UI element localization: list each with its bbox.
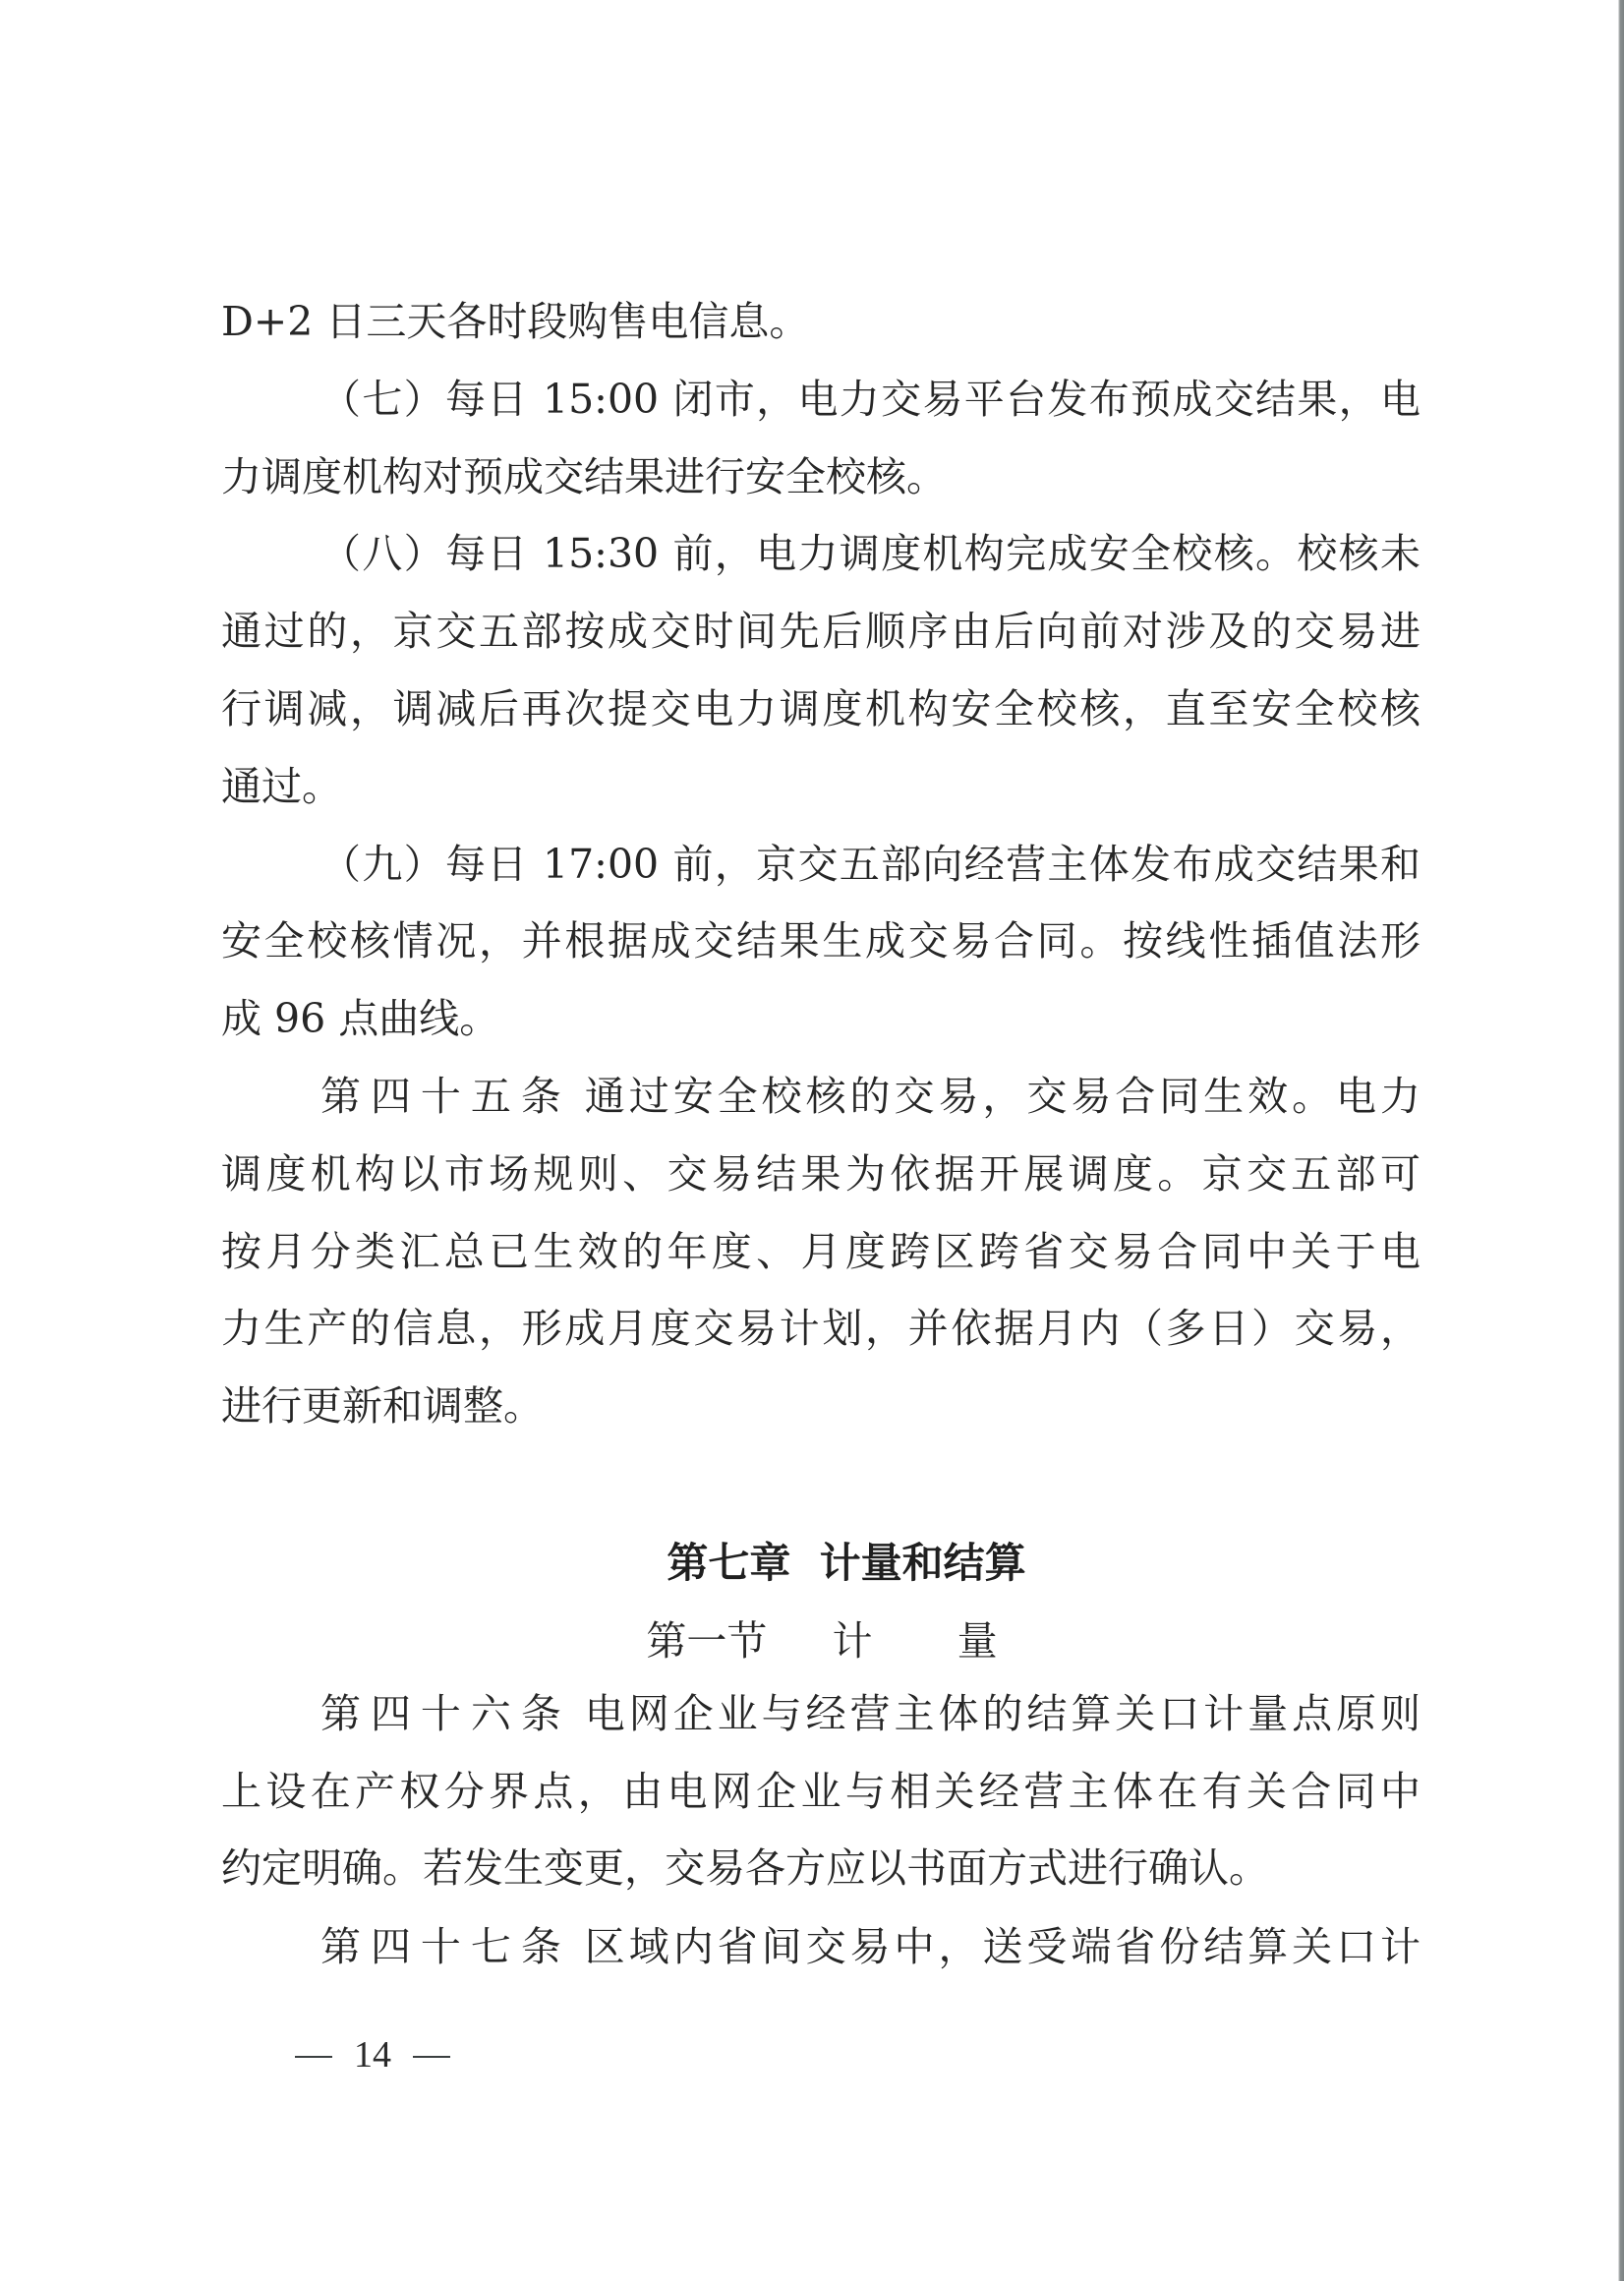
text-line: 进行更新和调整。 <box>221 1376 1421 1435</box>
page-number: 14 <box>295 2033 450 2076</box>
text-line: 通过的，京交五部按成交时间先后顺序由后向前对涉及的交易进 <box>221 602 1421 661</box>
page-number-dash-left <box>295 2056 332 2058</box>
section-name-part: 量 <box>957 1617 998 1665</box>
section-name-part: 计 <box>833 1617 873 1665</box>
article-47-first-line: 第四十七条区域内省间交易中，送受端省份结算关口计 <box>320 1917 1421 1976</box>
article-label: 第四十五条 <box>320 1073 571 1120</box>
text-line: 约定明确。若发生变更，交易各方应以书面方式进行确认。 <box>221 1839 1421 1898</box>
text-line: 成 96 点曲线。 <box>221 989 1421 1048</box>
article-label: 第四十六条 <box>320 1690 571 1737</box>
article-text: 通过安全校核的交易，交易合同生效。电力 <box>585 1073 1421 1120</box>
article-label: 第四十七条 <box>320 1923 571 1970</box>
text-line: D+2 日三天各时段购售电信息。 <box>221 292 1421 351</box>
chapter-title: 第七章 计量和结算 <box>0 1534 1624 1593</box>
text-line: 力调度机构对预成交结果进行安全校核。 <box>221 447 1421 506</box>
section-title: 第一节 计 量 <box>0 1611 1624 1670</box>
article-46-first-line: 第四十六条电网企业与经营主体的结算关口计量点原则 <box>320 1684 1421 1743</box>
section-prefix: 第一节 <box>646 1617 767 1665</box>
text-line: 调度机构以市场规则、交易结果为依据开展调度。京交五部可 <box>221 1144 1421 1203</box>
text-line: 上设在产权分界点，由电网企业与相关经营主体在有关合同中 <box>221 1762 1421 1821</box>
text-line: 力生产的信息，形成月度交易计划，并依据月内（多日）交易， <box>221 1299 1421 1358</box>
text-line: （八）每日 15:30 前，电力调度机构完成安全校核。校核未 <box>320 524 1421 583</box>
page-number-value: 14 <box>354 2033 391 2076</box>
article-text: 电网企业与经营主体的结算关口计量点原则 <box>585 1690 1421 1737</box>
text-line: （七）每日 15:00 闭市，电力交易平台发布预成交结果，电 <box>320 370 1421 429</box>
scan-page-edge <box>1618 0 1624 2281</box>
page-number-dash-right <box>413 2056 450 2058</box>
article-45-first-line: 第四十五条通过安全校核的交易，交易合同生效。电力 <box>320 1067 1421 1126</box>
article-text: 区域内省间交易中，送受端省份结算关口计 <box>585 1923 1421 1970</box>
text-line: 按月分类汇总已生效的年度、月度跨区跨省交易合同中关于电 <box>221 1222 1421 1281</box>
text-line: 行调减，调减后再次提交电力调度机构安全校核，直至安全校核 <box>221 679 1421 738</box>
text-line: 通过。 <box>221 757 1421 816</box>
text-line: （九）每日 17:00 前，京交五部向经营主体发布成交结果和 <box>320 835 1421 894</box>
text-line: 安全校核情况，并根据成交结果生成交易合同。按线性插值法形 <box>221 911 1421 970</box>
